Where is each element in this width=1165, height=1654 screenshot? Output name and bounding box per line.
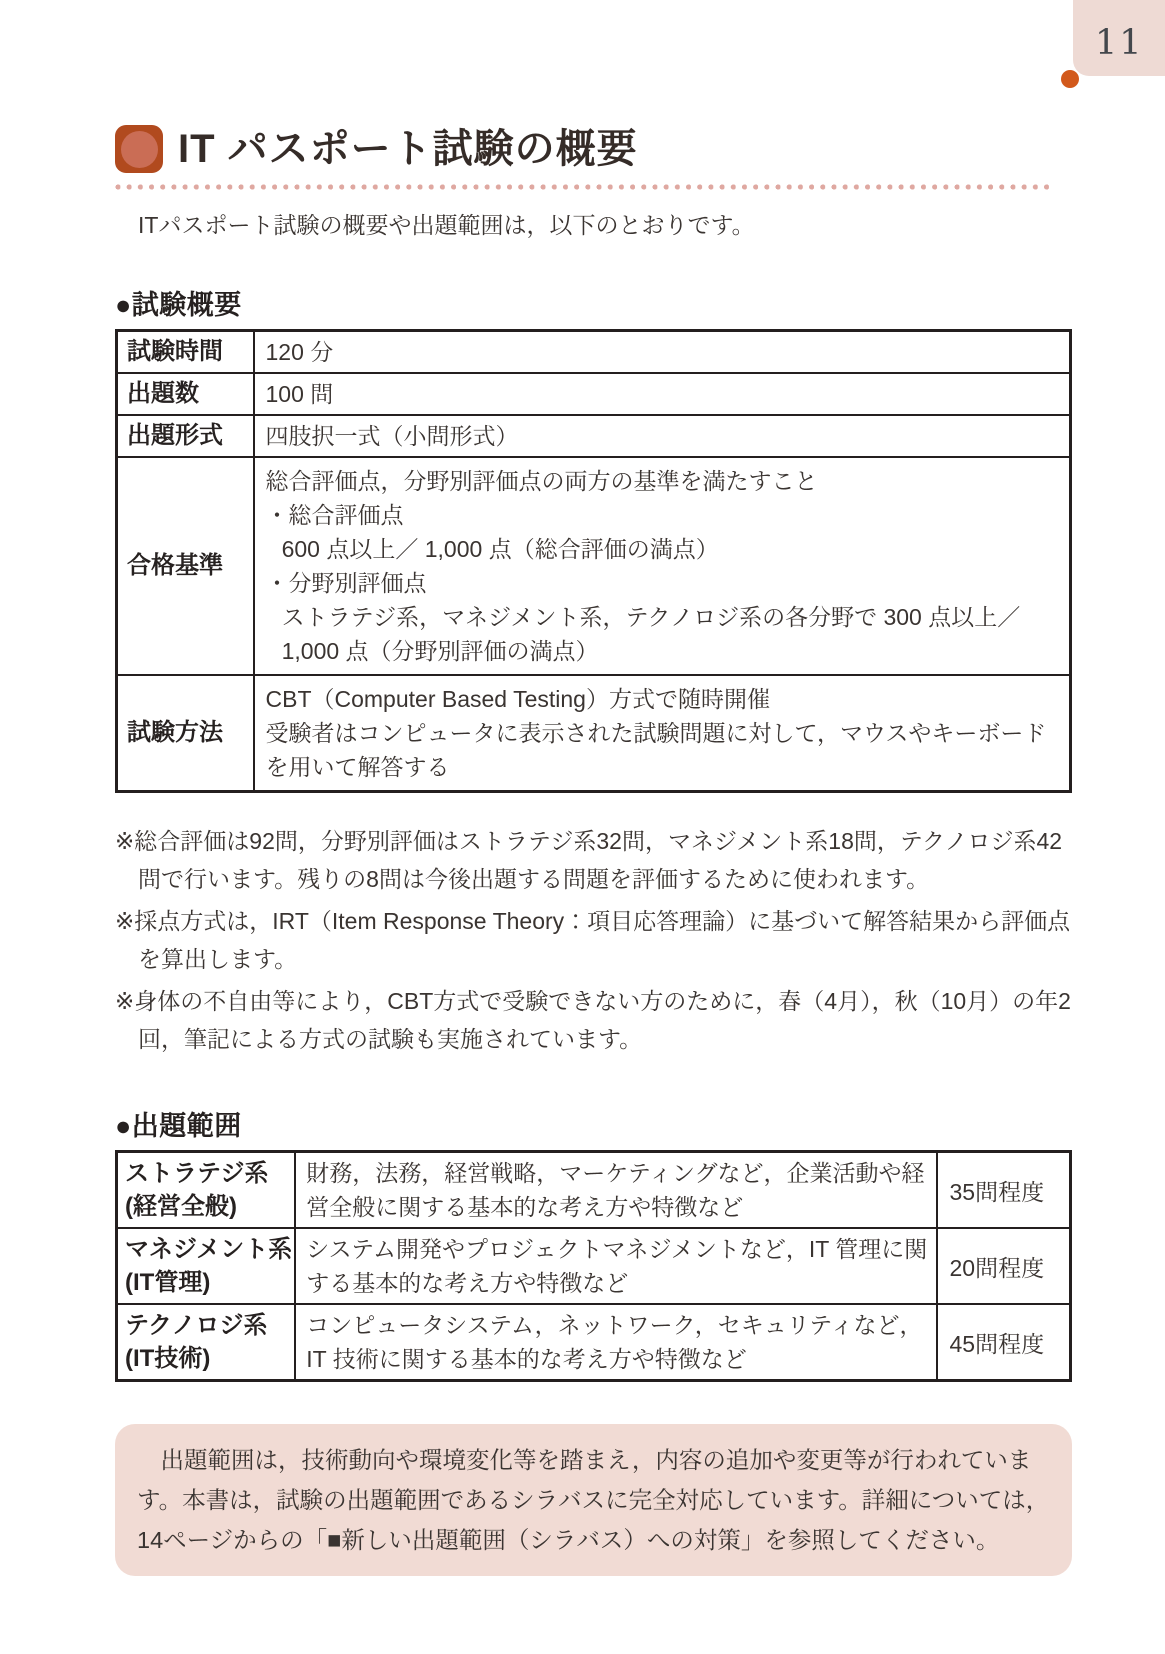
section-marker-icon bbox=[115, 125, 163, 173]
scope-category-cell: ストラテジ系 (経営全般) bbox=[117, 1152, 296, 1229]
scope-category-sub: (IT技術) bbox=[125, 1342, 292, 1375]
dotted-rule bbox=[115, 184, 1052, 190]
row-label: 合格基準 bbox=[117, 457, 254, 675]
section-heading-exam-overview: ●試験概要 bbox=[115, 289, 1072, 322]
criteria-item-detail: ストラテジ系，マネジメント系，テクノロジ系の各分野で 300 点以上／ 1,00… bbox=[282, 600, 1063, 668]
exam-overview-table: 試験時間 120 分 出題数 100 問 出題形式 四肢択一式（小問形式） 合格… bbox=[115, 329, 1072, 793]
table-row: 試験方法 CBT（Computer Based Testing）方式で随時開催 … bbox=[117, 675, 1071, 792]
scope-category-cell: テクノロジ系 (IT技術) bbox=[117, 1304, 296, 1381]
scope-description: コンピュータシステム，ネットワーク，セキュリティなど，IT 技術に関する基本的な… bbox=[295, 1304, 936, 1381]
method-line: 受験者はコンピュータに表示された試験問題に対して，マウスやキーボードを用いて解答… bbox=[266, 716, 1064, 784]
criteria-item-detail: 600 点以上／ 1,000 点（総合評価の満点） bbox=[282, 532, 1063, 566]
method-line: CBT（Computer Based Testing）方式で随時開催 bbox=[266, 682, 1064, 716]
table-row: テクノロジ系 (IT技術) コンピュータシステム，ネットワーク，セキュリティなど… bbox=[117, 1304, 1071, 1381]
chapter-heading: IT パスポート試験の概要 bbox=[115, 125, 1072, 173]
row-value: 四肢択一式（小問形式） bbox=[254, 415, 1071, 457]
table-row: 試験時間 120 分 bbox=[117, 331, 1071, 374]
row-label: 出題形式 bbox=[117, 415, 254, 457]
scope-category-sub: (IT管理) bbox=[125, 1266, 292, 1299]
footnote: ※採点方式は，IRT（Item Response Theory：項目応答理論）に… bbox=[115, 902, 1072, 978]
exam-method-cell: CBT（Computer Based Testing）方式で随時開催 受験者はコ… bbox=[254, 675, 1071, 792]
row-label: 試験時間 bbox=[117, 331, 254, 374]
syllabus-callout-text: 出題範囲は，技術動向や環境変化等を踏まえ，内容の追加や変更等が行われています。本… bbox=[137, 1440, 1050, 1560]
exam-scope-table: ストラテジ系 (経営全般) 財務，法務，経営戦略，マーケティングなど，企業活動や… bbox=[115, 1150, 1072, 1382]
row-label: 試験方法 bbox=[117, 675, 254, 792]
row-label: 出題数 bbox=[117, 373, 254, 415]
table-row: 出題形式 四肢択一式（小問形式） bbox=[117, 415, 1071, 457]
table-row: マネジメント系 (IT管理) システム開発やプロジェクトマネジメントなど，IT … bbox=[117, 1228, 1071, 1304]
criteria-intro: 総合評価点，分野別評価点の両方の基準を満たすこと bbox=[266, 464, 1064, 498]
scope-category: ストラテジ系 bbox=[125, 1157, 292, 1190]
scope-question-count: 35問程度 bbox=[937, 1152, 1071, 1229]
page-content: IT パスポート試験の概要 ITパスポート試験の概要や出題範囲は，以下のとおりで… bbox=[115, 0, 1072, 1576]
section-marker-circle-icon bbox=[121, 131, 158, 168]
syllabus-callout-box: 出題範囲は，技術動向や環境変化等を踏まえ，内容の追加や変更等が行われています。本… bbox=[115, 1424, 1072, 1576]
scope-description: システム開発やプロジェクトマネジメントなど，IT 管理に関する基本的な考え方や特… bbox=[295, 1228, 936, 1304]
scope-description: 財務，法務，経営戦略，マーケティングなど，企業活動や経営全般に関する基本的な考え… bbox=[295, 1152, 936, 1229]
page-corner-block: 11 bbox=[1073, 0, 1165, 76]
row-value: 100 問 bbox=[254, 373, 1071, 415]
footnote: ※総合評価は92問，分野別評価はストラテジ系32問，マネジメント系18問，テクノ… bbox=[115, 822, 1072, 898]
section-heading-exam-scope: ●出題範囲 bbox=[115, 1110, 1072, 1143]
pass-criteria-cell: 総合評価点，分野別評価点の両方の基準を満たすこと ・総合評価点 600 点以上／… bbox=[254, 457, 1071, 675]
footnote: ※身体の不自由等により，CBT方式で受験できない方のために，春（4月），秋（10… bbox=[115, 982, 1072, 1058]
table-row: 合格基準 総合評価点，分野別評価点の両方の基準を満たすこと ・総合評価点 600… bbox=[117, 457, 1071, 675]
table-row: 出題数 100 問 bbox=[117, 373, 1071, 415]
criteria-item-title: ・分野別評価点 bbox=[266, 566, 1064, 600]
table-row: ストラテジ系 (経営全般) 財務，法務，経営戦略，マーケティングなど，企業活動や… bbox=[117, 1152, 1071, 1229]
page-number: 11 bbox=[1095, 26, 1144, 61]
criteria-item-title: ・総合評価点 bbox=[266, 498, 1064, 532]
scope-question-count: 45問程度 bbox=[937, 1304, 1071, 1381]
row-value: 120 分 bbox=[254, 331, 1071, 374]
scope-category: マネジメント系 bbox=[125, 1233, 292, 1266]
scope-category-sub: (経営全般) bbox=[125, 1190, 292, 1223]
intro-text: ITパスポート試験の概要や出題範囲は，以下のとおりです。 bbox=[115, 208, 1072, 242]
footnotes: ※総合評価は92問，分野別評価はストラテジ系32問，マネジメント系18問，テクノ… bbox=[115, 822, 1072, 1058]
scope-category-cell: マネジメント系 (IT管理) bbox=[117, 1228, 296, 1304]
scope-question-count: 20問程度 bbox=[937, 1228, 1071, 1304]
page-title: IT パスポート試験の概要 bbox=[178, 127, 638, 171]
scope-category: テクノロジ系 bbox=[125, 1309, 292, 1342]
